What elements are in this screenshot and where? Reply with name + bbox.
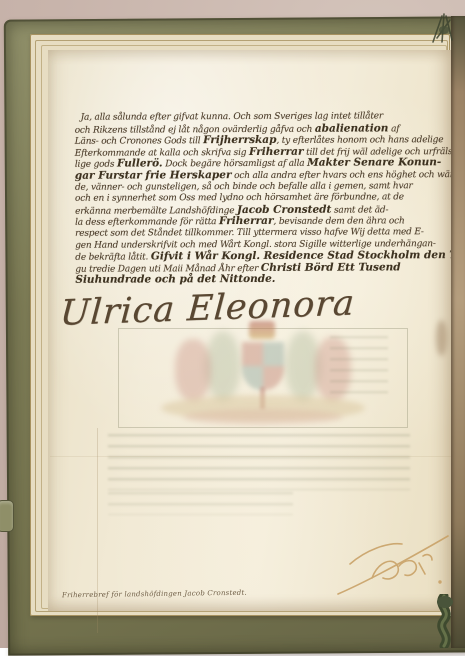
bleedthrough-lines — [108, 492, 293, 515]
seal-supporter-left — [175, 339, 211, 401]
seal-shield — [242, 342, 284, 390]
page-stack: Ja, alla sålunda efter gifvat kunna. Och… — [30, 34, 454, 616]
fore-edge — [451, 16, 465, 648]
seal-crown — [249, 321, 275, 339]
bleedthrough-lines — [108, 434, 410, 490]
binding-tie-top — [426, 10, 460, 48]
seal-scrollwork-lower — [183, 409, 343, 425]
crease-horizontal — [50, 456, 452, 457]
edge-stain — [436, 320, 447, 356]
crease-vertical — [97, 428, 98, 633]
binding-tie-bottom — [422, 594, 464, 648]
royal-signature: Ulrica Eleonora — [59, 282, 392, 334]
body-text: Ja, alla sålunda efter gifvat kunna. Och… — [75, 111, 416, 286]
archival-note: Friherrebref för landshöfdingen Jacob Cr… — [62, 589, 247, 600]
cover-tab-left — [0, 500, 14, 532]
bleedthrough-lines — [330, 336, 388, 400]
backdrop: Ja, alla sålunda efter gifvat kunna. Och… — [0, 0, 465, 648]
document-page: Ja, alla sålunda efter gifvat kunna. Och… — [48, 50, 452, 611]
